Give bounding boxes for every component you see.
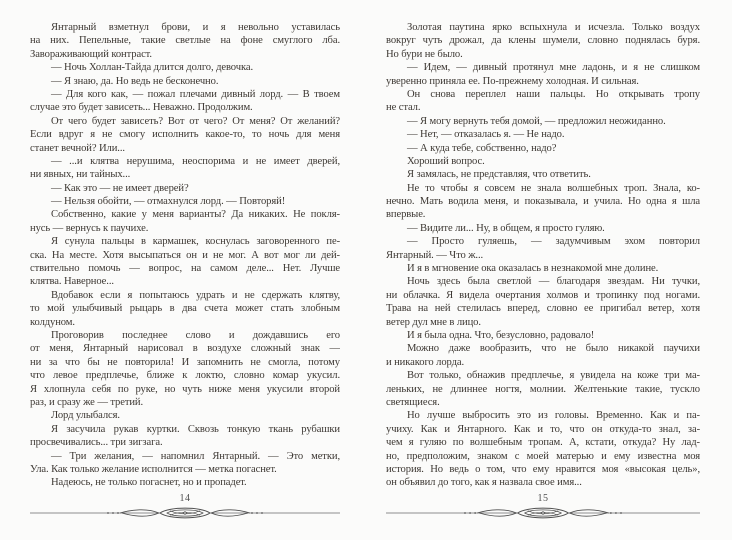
text-line: Трава на ней стелилась вперед, словно ее… (386, 302, 700, 315)
text-line: леньких, не длиннее ногтя, молнии. Желте… (386, 383, 700, 396)
text-line: Я засучила рукав куртки. Сквозь тонкую т… (30, 423, 340, 436)
text-line: ни явных, ни тайных... (30, 168, 340, 181)
text-line: станет вечной? Или... (30, 142, 340, 155)
page-number: 15 (386, 493, 700, 504)
page-footer: 14 (30, 493, 340, 521)
page-left: Янтарный взметнул брови, и я невольно ус… (30, 21, 340, 521)
page-right: Золотая паутина ярко вспыхнула и исчезла… (386, 21, 700, 521)
text-line: ска. На месте. Хотя высыпаться он и не м… (30, 249, 340, 262)
text-line: Завораживающий контраст. (30, 48, 340, 61)
text-line: Золотая паутина ярко вспыхнула и исчезла… (386, 21, 700, 34)
text-line: учиху. Как и Янтарного. Как и то, что он… (386, 423, 700, 436)
text-line: ветер дул мне в лицо. (386, 316, 700, 329)
text-block: Золотая паутина ярко вспыхнула и исчезла… (386, 21, 700, 490)
text-line: светящиеся. (386, 396, 700, 409)
text-line: Вот только, обнажив предплечье, я увидел… (386, 369, 700, 382)
page-number: 14 (30, 493, 340, 504)
text-line: ни за что бы не повторила! И запомнить н… (30, 356, 340, 369)
text-line: от меня, Янтарный нарисовал в воздухе сл… (30, 342, 340, 355)
text-line: Я сунула пальцы в кармашек, коснулась за… (30, 235, 340, 248)
text-line: просвечивались... три зигзага. (30, 436, 340, 449)
text-line: Собственно, какие у меня варианты? Да ни… (30, 208, 340, 221)
text-line: Но бури не было. (386, 48, 700, 61)
text-line: нечно. Мать водила меня, и показывала, и… (386, 195, 700, 208)
text-line: Проговорив последнее слово и дождавшись … (30, 329, 340, 342)
text-line: Я хлопнула себя по руке, но чуть ниже ме… (30, 383, 340, 396)
text-line: Он снова переплел наши пальцы. Но открыв… (386, 88, 700, 101)
text-line: ни облачка. Я видела очертания холмов и … (386, 289, 700, 302)
text-line: Я замялась, не представляя, что ответить… (386, 168, 700, 181)
text-line: — Нет, — отказалась я. — Не надо. (386, 128, 700, 141)
text-line: нусь — вернусь к паучихе. (30, 222, 340, 235)
text-line: — Я знаю, да. Но ведь не бесконечно. (30, 75, 340, 88)
text-line: Янтарный взметнул брови, и я невольно ус… (30, 21, 340, 34)
text-line: впервые. (386, 208, 700, 221)
footer-ornament-icon (30, 505, 340, 521)
text-line: Не то чтобы я совсем не знала волшебных … (386, 182, 700, 195)
text-line: И я была одна. Что, безусловно, радовало… (386, 329, 700, 342)
text-line: Можно даже вообразить, что не было никак… (386, 342, 700, 355)
text-line: Вдобавок если я попытаюсь удрать и не сд… (30, 289, 340, 302)
text-line: клятва. Наверное... (30, 275, 340, 288)
text-line: Янтарный. — Что ж... (386, 249, 700, 262)
text-line: Если вдруг я не смогу исполнить какое-то… (30, 128, 340, 141)
text-line: Ночь здесь была светлой — благодаря звез… (386, 275, 700, 288)
text-line: случае это будет зависеть... Неважно. Пр… (30, 101, 340, 114)
text-line: но, предположим, знаком с моей матерью и… (386, 450, 700, 463)
text-line: — Идем, — дивный протянул мне ладонь, и … (386, 61, 700, 74)
text-line: И я в мгновение ока оказалась в незнаком… (386, 262, 700, 275)
text-line: уверенно приняла ее. По-прежнему холодна… (386, 75, 700, 88)
text-line: и никакого лорда. (386, 356, 700, 369)
text-line: От чего будет зависеть? Вот от чего? От … (30, 115, 340, 128)
page-footer: 15 (386, 493, 700, 521)
text-line: чем я гуляю по волшебным тропам. А, кста… (386, 436, 700, 449)
text-line: Ула. Как только желание исполнится — мет… (30, 463, 340, 476)
text-line: — Как это — не имеет дверей? (30, 182, 340, 195)
text-line: ствительно помочь — вопрос, на самом дел… (30, 262, 340, 275)
book-spread: Янтарный взметнул брови, и я невольно ус… (0, 0, 732, 540)
text-line: — Видите ли... Ну, в общем, я просто гул… (386, 222, 700, 235)
text-line: — Ночь Холлан-Тайда длится долго, девочк… (30, 61, 340, 74)
text-line: колдуном. (30, 316, 340, 329)
text-line: — Три желания, — напомнил Янтарный. — Эт… (30, 450, 340, 463)
text-line: он объявил до того, как я назвала свое и… (386, 476, 700, 489)
text-line: — Я могу вернуть тебя домой, — предложил… (386, 115, 700, 128)
text-line: история. Но ведь о том, что ему нравится… (386, 463, 700, 476)
footer-ornament-icon (386, 505, 700, 521)
text-line: Но лучше выбросить это из головы. Времен… (386, 409, 700, 422)
text-line: — Нельзя обойти, — отмахнулся лорд. — По… (30, 195, 340, 208)
text-line: Хороший вопрос. (386, 155, 700, 168)
text-line: на них. Пепельные, такие светлые на фоне… (30, 34, 340, 47)
text-line: то мой улыбчивый рыцарь в два счета може… (30, 302, 340, 315)
text-line: — А куда тебе, собственно, надо? (386, 142, 700, 155)
text-line: Лорд улыбался. (30, 409, 340, 422)
text-line: — Просто гуляешь, — задумчивым эхом повт… (386, 235, 700, 248)
text-line: что левое предплечье, ближе к локтю, сло… (30, 369, 340, 382)
text-line: — ...и клятва нерушима, неоспорима и не … (30, 155, 340, 168)
text-line: Надеюсь, не только погаснет, но и пропад… (30, 476, 340, 489)
text-line: вокруг чуть дрожал, да клены шумели, сло… (386, 34, 700, 47)
text-line: — Для кого как, — пожал плечами дивный л… (30, 88, 340, 101)
text-line: не стал. (386, 101, 700, 114)
text-line: раз, и сразу же — третий. (30, 396, 340, 409)
text-block: Янтарный взметнул брови, и я невольно ус… (30, 21, 340, 490)
